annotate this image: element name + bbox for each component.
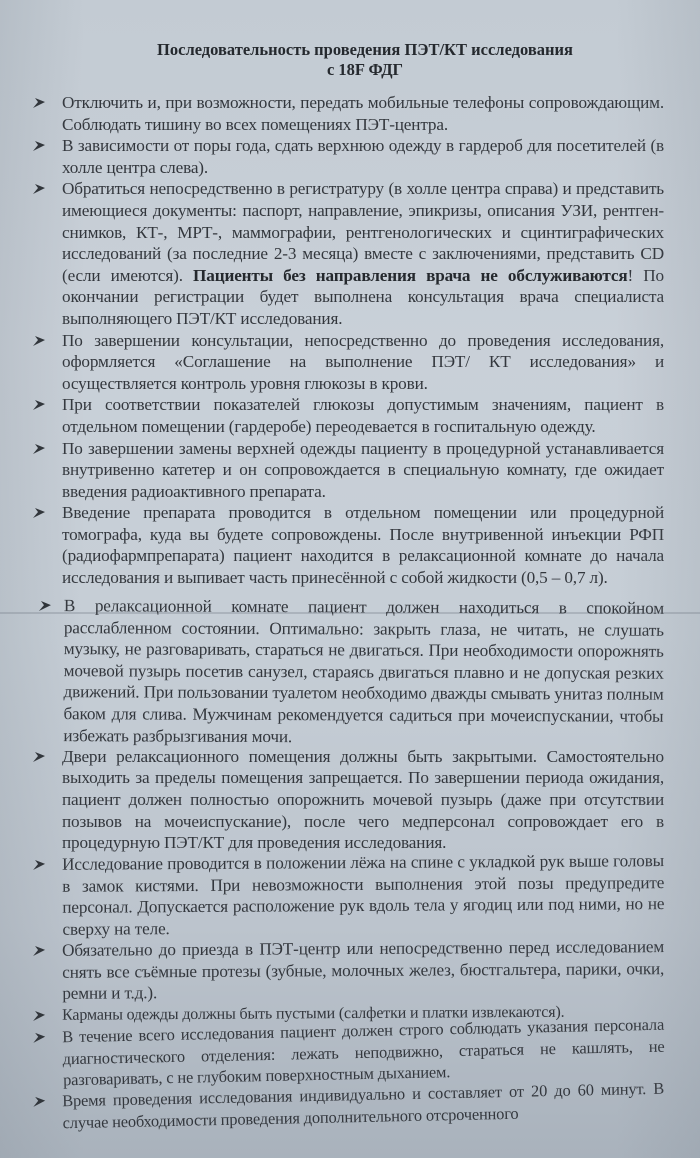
arrowhead-bullet-icon [32, 399, 46, 411]
arrowhead-bullet-icon [32, 335, 46, 347]
list-item: В релаксационной комнате пациент должен … [27, 595, 664, 749]
list-item-text: При соответствии показателей глюкозы доп… [62, 395, 664, 436]
list-item-text: Двери релаксационного помещения должны б… [62, 747, 664, 852]
instruction-list: Отключить и, при возможности, передать м… [28, 92, 664, 1135]
list-item: По завершении замены верхней одежды паци… [28, 438, 664, 503]
arrowhead-bullet-icon [38, 600, 52, 612]
arrowhead-bullet-icon [32, 1096, 46, 1108]
arrowhead-bullet-icon [32, 97, 46, 109]
list-item-text: Обязательно до приезда в ПЭТ-центр или н… [62, 937, 664, 1003]
list-item: Отключить и, при возможности, передать м… [28, 92, 664, 135]
arrowhead-bullet-icon [32, 140, 46, 152]
list-item-text: Отключить и, при возможности, передать м… [62, 93, 664, 134]
arrowhead-bullet-icon [32, 507, 46, 519]
title-line-1: Последовательность проведения ПЭТ/КТ исс… [0, 40, 700, 60]
warning-bold-text: Пациенты без направления врача не обслуж… [193, 266, 628, 285]
arrowhead-bullet-icon [32, 1010, 46, 1022]
list-item-text: По завершении замены верхней одежды паци… [62, 439, 664, 501]
list-item-text: В релаксационной комнате пациент должен … [63, 596, 664, 746]
list-item-text: Исследование проводится в положении лёжа… [62, 851, 664, 938]
list-item: Обязательно до приезда в ПЭТ-центр или н… [28, 936, 664, 1005]
arrowhead-bullet-icon [32, 1031, 46, 1043]
list-item: Введение препарата проводится в отдельно… [28, 502, 664, 588]
list-item: Исследование проводится в положении лёжа… [28, 850, 665, 940]
list-item-text: Введение препарата проводится в отдельно… [62, 503, 664, 587]
list-item-text: В течение всего исследования пациент дол… [62, 1014, 665, 1089]
list-item: При соответствии показателей глюкозы доп… [28, 394, 664, 437]
arrowhead-bullet-icon [32, 945, 46, 957]
list-item-text: По завершении консультации, непосредстве… [62, 331, 664, 393]
list-item: По завершении консультации, непосредстве… [28, 330, 664, 395]
list-item: Обратиться непосредственно в регистратур… [28, 178, 664, 329]
title-line-2: с 18F ФДГ [0, 60, 700, 80]
list-item: В зависимости от поры года, сдать верхню… [28, 135, 664, 178]
arrowhead-bullet-icon [32, 443, 46, 455]
arrowhead-bullet-icon [32, 859, 46, 871]
arrowhead-bullet-icon [32, 751, 46, 763]
arrowhead-bullet-icon [32, 183, 46, 195]
list-item-text: В зависимости от поры года, сдать верхню… [62, 136, 664, 177]
document-page: Последовательность проведения ПЭТ/КТ исс… [0, 0, 700, 1158]
document-title: Последовательность проведения ПЭТ/КТ исс… [0, 40, 700, 80]
list-item: Двери релаксационного помещения должны б… [28, 746, 664, 854]
